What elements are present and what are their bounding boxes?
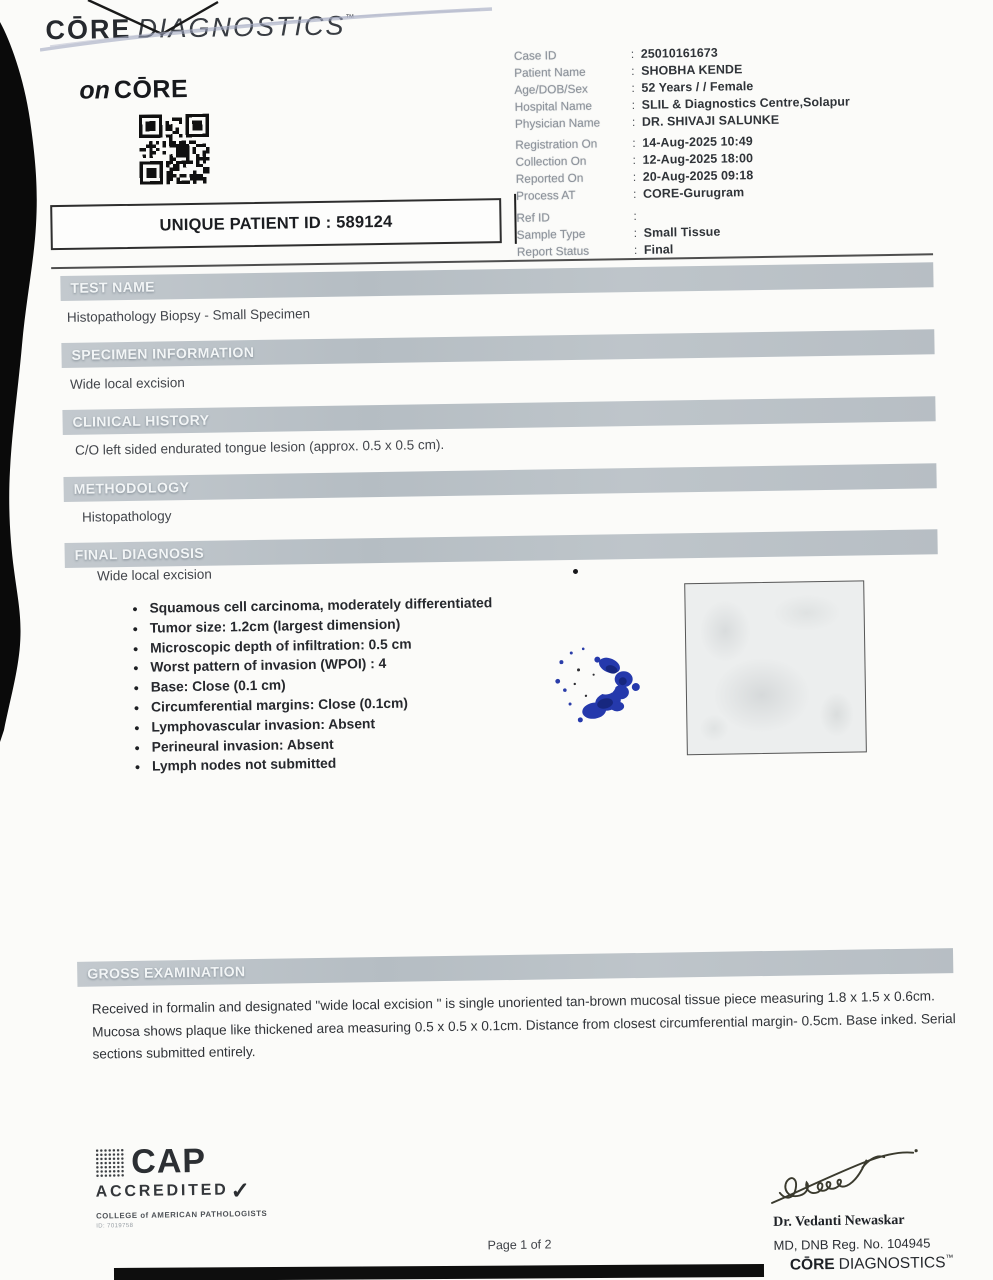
patient-info-label: Case ID	[514, 47, 631, 63]
diagnosis-bullet-text: Lymph nodes not submitted	[152, 756, 336, 774]
patient-info-separator: :	[632, 136, 642, 150]
oncore-core: CŌRE	[114, 75, 189, 104]
cap-wordmark: CAP	[131, 1145, 206, 1178]
scan-bottom-bar	[114, 1264, 764, 1280]
scan-edge-shadow	[0, 18, 60, 763]
patient-info-separator: :	[633, 209, 643, 223]
patient-info-label: Hospital Name	[515, 98, 632, 114]
final-diagnosis-bullet-list: Squamous cell carcinoma, moderately diff…	[149, 595, 494, 779]
patient-info-value: 14-Aug-2025 10:49	[642, 135, 753, 151]
patient-info-label: Registration On	[515, 136, 632, 152]
patient-info-separator: :	[631, 64, 641, 78]
patient-info-separator: :	[633, 170, 643, 184]
cap-college-line: COLLEGE of AMERICAN PATHOLOGISTS	[96, 1209, 267, 1221]
cap-accreditation-logo: CAP ACCREDITED✓ COLLEGE of AMERICAN PATH…	[95, 1144, 268, 1230]
patient-info-separator: :	[633, 187, 643, 201]
patient-info-value: CORE-Gurugram	[643, 185, 744, 201]
patient-info-label: Report Status	[517, 243, 634, 259]
methodology-value: Histopathology	[82, 508, 172, 524]
patient-info-value: Final	[644, 242, 674, 256]
diagnosis-bullet-text: Base: Close (0.1 cm)	[151, 678, 286, 695]
final-diagnosis-intro: Wide local excision	[97, 567, 212, 584]
qr-code	[138, 114, 211, 185]
footer-trademark-symbol: ™	[945, 1253, 953, 1262]
patient-info-label: Reported On	[516, 170, 633, 186]
patient-info-separator: :	[634, 226, 644, 240]
patient-info-value: DR. SHIVAJI SALUNKE	[642, 112, 779, 128]
patient-info-value: Small Tissue	[644, 225, 721, 240]
section-header-final-diagnosis: FINAL DIAGNOSIS	[64, 529, 937, 568]
patient-info-label: Sample Type	[517, 226, 634, 242]
test-name-value: Histopathology Biopsy - Small Specimen	[67, 306, 310, 325]
patient-info-value: 52 Years / / Female	[641, 79, 753, 95]
clinical-history-value: C/O left sided endurated tongue lesion (…	[75, 437, 444, 458]
patient-info-separator: :	[632, 114, 642, 128]
ink-speck	[573, 569, 578, 574]
patient-info-value: 20-Aug-2025 09:18	[643, 168, 754, 184]
section-header-gross-examination: GROSS EXAMINATION	[77, 948, 953, 987]
footer-logo: CŌREDIAGNOSTICS™	[790, 1253, 954, 1275]
diagnosis-bullet-text: Microscopic depth of infiltration: 0.5 c…	[150, 636, 412, 655]
checkmark-icon: ✓	[230, 1177, 252, 1203]
diagnosis-bullet-text: Tumor size: 1.2cm (largest dimension)	[150, 617, 401, 636]
patient-info-value: SHOBHA KENDE	[641, 62, 742, 78]
page-number: Page 1 of 2	[487, 1237, 551, 1252]
section-header-methodology: METHODOLOGY	[63, 463, 936, 502]
patient-info-label: Patient Name	[514, 64, 631, 80]
footer-logo-core: CŌRE	[790, 1256, 835, 1274]
patient-info-separator: :	[631, 81, 641, 95]
patient-info-label: Collection On	[515, 153, 632, 169]
faded-stamp-square	[684, 580, 867, 755]
cap-dotted-square-icon	[95, 1148, 125, 1178]
cap-lab-id: ID: 7019758	[96, 1221, 267, 1230]
diagnosis-bullet-text: Circumferential margins: Close (0.1cm)	[151, 696, 408, 715]
report-content: CŌREDIAGNOSTICS™ onCŌRE Case ID : 250101…	[0, 0, 993, 1280]
oncore-logo: onCŌRE	[79, 75, 188, 106]
cap-accredited-text: ACCREDITED	[96, 1181, 229, 1200]
patient-info-label: Age/DOB/Sex	[514, 81, 631, 97]
scanned-pathology-report: CŌREDIAGNOSTICS™ onCŌRE Case ID : 250101…	[0, 0, 993, 1280]
patient-info-separator: :	[632, 153, 642, 167]
pathologist-credentials: MD, DNB Reg. No. 104945	[773, 1235, 930, 1252]
blue-ink-stamp-blot	[549, 639, 657, 738]
patient-info-separator: :	[632, 98, 642, 112]
section-header-specimen-information: SPECIMEN INFORMATION	[61, 329, 934, 368]
specimen-information-value: Wide local excision	[70, 375, 185, 392]
diagnosis-bullet-text: Squamous cell carcinoma, moderately diff…	[149, 595, 492, 615]
patient-info: Case ID : 25010161673 Patient Name : SHO…	[514, 42, 947, 261]
patient-info-label: Process AT	[516, 187, 633, 203]
diagnosis-bullet: Lymph nodes not submitted	[152, 754, 495, 779]
footer-logo-diagnostics: DIAGNOSTICS	[839, 1254, 946, 1273]
section-header-test-name: TEST NAME	[60, 262, 933, 301]
patient-info-separator: :	[634, 243, 644, 257]
diagnosis-bullet-text: Worst pattern of invasion (WPOI) : 4	[150, 656, 386, 675]
diagnosis-bullet-text: Perineural invasion: Absent	[152, 736, 334, 754]
patient-info-value: SLIL & Diagnostics Centre,Solapur	[642, 94, 850, 111]
diagnosis-bullet-text: Lymphovascular invasion: Absent	[151, 716, 375, 735]
pen-scribble-marks	[40, 0, 520, 62]
patient-info-label: Ref ID	[516, 209, 633, 225]
cap-accredited-line: ACCREDITED✓	[95, 1177, 267, 1207]
pathologist-signature	[765, 1147, 926, 1208]
patient-info-value: 25010161673	[641, 46, 718, 61]
patient-info-value: 12-Aug-2025 18:00	[642, 151, 753, 167]
patient-info-separator: :	[631, 47, 641, 61]
unique-patient-id-box: UNIQUE PATIENT ID : 589124	[50, 198, 502, 250]
pathologist-name: Dr. Vedanti Newaskar	[773, 1213, 905, 1231]
patient-info-label: Physician Name	[515, 115, 632, 131]
oncore-on: on	[79, 76, 110, 104]
section-header-clinical-history: CLINICAL HISTORY	[62, 396, 935, 435]
gross-examination-text: Received in formalin and designated "wid…	[92, 985, 957, 1066]
